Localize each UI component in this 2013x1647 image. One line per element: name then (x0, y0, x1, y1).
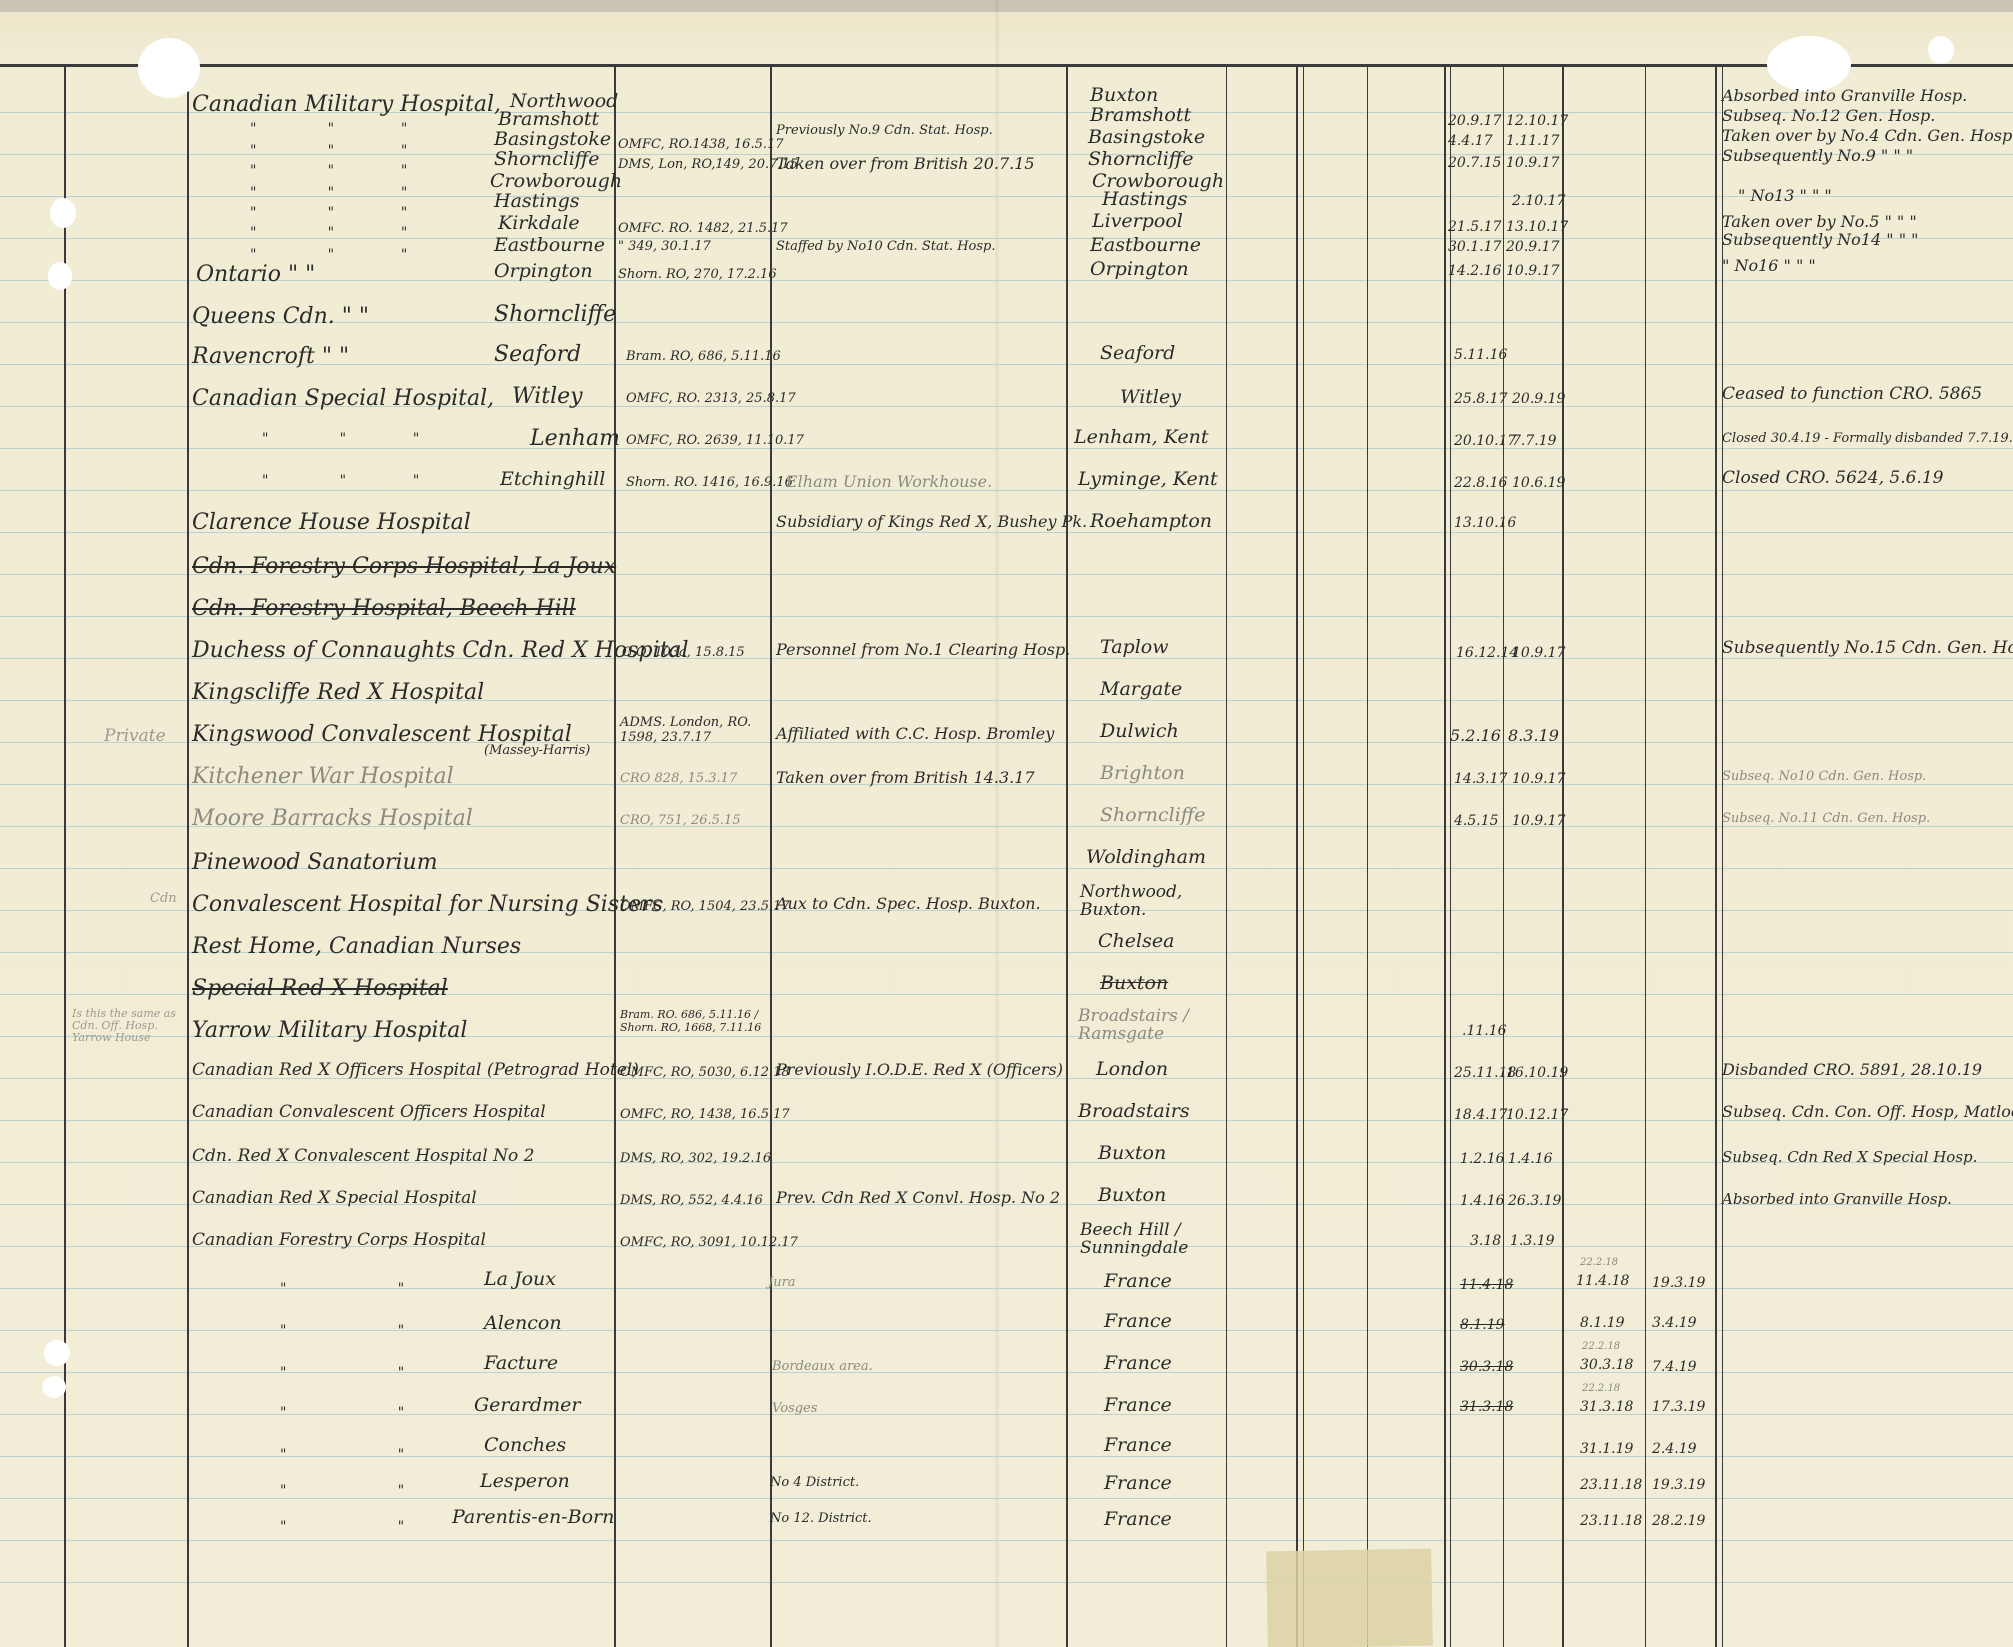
hospital-place: Bramshott (498, 110, 599, 129)
location: Broadstairs (1078, 1102, 1190, 1121)
location: France (1104, 1272, 1172, 1291)
opened-date: 20.7.15 (1448, 156, 1501, 170)
hospital-name: Queens Cdn. " " (192, 306, 369, 328)
ditto-marks: " " " (250, 206, 407, 220)
hospital-place: Etchinghill (500, 470, 605, 489)
column-rule (1444, 66, 1446, 1647)
hospital-place: Witley (512, 386, 583, 408)
header-rule (0, 64, 2013, 67)
authority: OMFC, RO, 1504, 23.5.17 (620, 900, 790, 913)
hospital-place: Crowborough (490, 172, 622, 191)
location: Liverpool (1092, 212, 1183, 231)
authority: Shorn. RO. 1416, 16.9.16 (626, 476, 793, 489)
location: Lenham, Kent (1074, 428, 1209, 447)
hospital-place: Basingstoke (494, 130, 611, 149)
column-rule (1722, 66, 1723, 1647)
date-annotation: 22.2.18 (1580, 1258, 1618, 1268)
margin-note: Cdn (150, 892, 177, 905)
notes: Subsequently No.15 Cdn. Gen. Hosp. (1722, 640, 2013, 657)
authority: CRO 828, 15.3.17 (620, 772, 737, 785)
hospital-place: Shorncliffe (494, 150, 600, 169)
opened-date: 14.3.17 (1454, 772, 1507, 786)
ruled-line (0, 1540, 2013, 1541)
hospital-name: Cdn. Red X Convalescent Hospital No 2 (192, 1148, 534, 1165)
location: Hastings (1102, 190, 1188, 209)
hospital-name: Canadian Special Hospital, (192, 388, 494, 410)
closed-date: 10.9.17 (1506, 264, 1559, 278)
notes: Subseq. Cdn. Con. Off. Hosp, Matlock (1722, 1104, 2013, 1120)
authority: Bram. RO. 686, 5.11.16 / Shorn. RO, 1668… (620, 1008, 770, 1034)
location: France (1104, 1510, 1172, 1529)
notes: Absorbed into Granville Hosp. (1722, 1192, 1952, 1207)
closed-date: 10.9.17 (1512, 646, 1565, 660)
location: Roehampton (1090, 512, 1212, 531)
notes: " No16 " " " (1722, 258, 1816, 274)
location: Margate (1100, 680, 1182, 699)
location-struck: Buxton (1100, 974, 1168, 993)
opened-date: 16.12.14 (1456, 646, 1518, 660)
opened-date: 4.5.15 (1454, 814, 1499, 828)
authority: Shorn. RO, 270, 17.2.16 (618, 268, 777, 281)
closed-date: 1.11.17 (1506, 134, 1559, 148)
closed-date: 16.10.19 (1506, 1066, 1568, 1080)
notes: Closed 30.4.19 - Formally disbanded 7.7.… (1722, 432, 2013, 445)
closed-date: 10.12.17 (1506, 1108, 1568, 1122)
notes: Subseq. No.11 Cdn. Gen. Hosp. (1722, 812, 1930, 825)
hospital-name-struck: Cdn. Forestry Corps Hospital, La Joux (192, 556, 616, 578)
date-annotation: 22.2.18 (1582, 1384, 1620, 1394)
closed-date-2: 19.3.19 (1652, 1276, 1705, 1290)
ditto-marks: " " (280, 1484, 404, 1498)
authority: DMS, RO, 302, 19.2.16 (620, 1152, 771, 1165)
opened-date-2: 23.11.18 (1580, 1478, 1642, 1492)
ditto-marks: " " " (262, 474, 419, 488)
closed-date: 10.9.17 (1512, 814, 1565, 828)
hospital-name-struck: Cdn. Forestry Hospital, Beech Hill (192, 598, 576, 620)
ditto-marks: " " (280, 1520, 404, 1534)
opened-date: 13.10.16 (1454, 516, 1516, 530)
notes: Closed CRO. 5624, 5.6.19 (1722, 470, 1943, 487)
location: France (1104, 1396, 1172, 1415)
remarks: Personnel from No.1 Clearing Hosp. (776, 642, 1070, 658)
location: London (1096, 1060, 1168, 1079)
location: France (1104, 1354, 1172, 1373)
closed-date: 10.6.19 (1512, 476, 1565, 490)
column-rule (1066, 66, 1068, 1647)
authority: OMFC, RO.1438, 16.5.17 (618, 138, 784, 151)
opened-date: 3.18 (1470, 1234, 1501, 1248)
location: Buxton (1090, 86, 1158, 105)
authority: G.O. 103a, 15.8.15 (622, 646, 745, 659)
ruled-line (0, 1582, 2013, 1583)
location: Eastbourne (1090, 236, 1201, 255)
opened-date-2: 31.1.19 (1580, 1442, 1633, 1456)
notes: Subseq. No.12 Gen. Hosp. (1722, 108, 1935, 124)
hospital-name: Kingscliffe Red X Hospital (192, 682, 484, 704)
notes: Absorbed into Granville Hosp. (1722, 88, 1967, 104)
opened-date: 18.4.17 (1454, 1108, 1507, 1122)
punch-hole (44, 1340, 70, 1366)
hospital-name: Pinewood Sanatorium (192, 852, 438, 874)
location: Orpington (1090, 260, 1189, 279)
opened-date: 4.4.17 (1448, 134, 1493, 148)
location: Dulwich (1100, 722, 1179, 741)
remarks: Previously I.O.D.E. Red X (Officers) (776, 1062, 1063, 1078)
remarks: Staffed by No10 Cdn. Stat. Hosp. (776, 240, 995, 253)
opened-date-2: 11.4.18 (1576, 1274, 1629, 1288)
opened-date-2: 23.11.18 (1580, 1514, 1642, 1528)
ditto-marks: " " (280, 1324, 404, 1338)
authority: OMFC, RO, 5030, 6.12.18 (620, 1066, 790, 1079)
remarks: Subsidiary of Kings Red X, Bushey Pk. (776, 514, 1087, 530)
ledger-page: Canadian Military Hospital, Northwood Bu… (0, 0, 2013, 1647)
remarks: Taken over from British 20.7.15 (776, 156, 1035, 172)
hospital-name: Convalescent Hospital for Nursing Sister… (192, 894, 663, 916)
hospital-name: Duchess of Connaughts Cdn. Red X Hospita… (192, 640, 689, 662)
opened-date: 5.11.16 (1454, 348, 1507, 362)
hospital-place: Shorncliffe (494, 304, 616, 326)
closed-date-2: 19.3.19 (1652, 1478, 1705, 1492)
hospital-name: Canadian Military Hospital, (192, 94, 501, 116)
hospital-name: Canadian Convalescent Officers Hospital (192, 1104, 546, 1121)
location: Broadstairs / Ramsgate (1078, 1008, 1228, 1044)
notes: Subseq. Cdn Red X Special Hosp. (1722, 1150, 1977, 1165)
punch-hole (50, 198, 76, 228)
column-rule (1226, 66, 1227, 1647)
closed-date: 8.3.19 (1508, 728, 1559, 744)
closed-date: 20.9.19 (1512, 392, 1565, 406)
closed-date: 26.3.19 (1508, 1194, 1561, 1208)
column-rule (187, 66, 189, 1647)
notes: Disbanded CRO. 5891, 28.10.19 (1722, 1062, 1982, 1078)
column-rule (1645, 66, 1646, 1647)
ditto-marks: " " " (250, 226, 407, 240)
closed-date-2: 17.3.19 (1652, 1400, 1705, 1414)
ditto-marks: " " " (250, 248, 407, 262)
opened-date: 25.8.17 (1454, 392, 1507, 406)
closed-date-2: 2.4.19 (1652, 1442, 1697, 1456)
hospital-place: Alencon (484, 1314, 562, 1333)
location: Shorncliffe (1100, 806, 1206, 825)
hospital-name: Clarence House Hospital (192, 512, 471, 534)
location: Shorncliffe (1088, 150, 1194, 169)
hospital-place: Parentis-en-Born (452, 1508, 614, 1527)
scan-top-edge (0, 0, 2013, 12)
opened-date: 22.8.16 (1454, 476, 1507, 490)
opened-date: 20.10.17 (1454, 434, 1516, 448)
notes: " No13 " " " (1738, 188, 1832, 204)
punch-hole (1767, 36, 1851, 92)
authority: Bram. RO, 686, 5.11.16 (626, 350, 781, 363)
hospital-name: Moore Barracks Hospital (192, 808, 473, 830)
notes: Subseq. No10 Cdn. Gen. Hosp. (1722, 770, 1926, 783)
ditto-marks: " " (280, 1406, 404, 1420)
hospital-place: Lesperon (480, 1472, 570, 1491)
remarks: No 12. District. (770, 1512, 872, 1525)
authority: DMS, RO, 552, 4.4.16 (620, 1194, 763, 1207)
opened-date: .11.16 (1462, 1024, 1507, 1038)
closed-date: 12.10.17 (1506, 114, 1568, 128)
location: Buxton (1098, 1186, 1166, 1205)
closed-date: 2.10.17 (1512, 194, 1565, 208)
column-rule (64, 66, 66, 1647)
authority: OMFC. RO. 1482, 21.5.17 (618, 222, 788, 235)
remarks: Bordeaux area. (772, 1360, 873, 1373)
authority: OMFC, RO. 2313, 25.8.17 (626, 392, 796, 405)
ditto-marks: " " (280, 1282, 404, 1296)
date-annotation: 22.2.18 (1582, 1342, 1620, 1352)
location: Brighton (1100, 764, 1185, 783)
opened-date-2: 30.3.18 (1580, 1358, 1633, 1372)
hospital-name-struck: Special Red X Hospital (192, 978, 448, 1000)
opened-date-2: 8.1.19 (1580, 1316, 1625, 1330)
location: France (1104, 1312, 1172, 1331)
location: Bramshott (1090, 106, 1191, 125)
hospital-name-note: (Massey-Harris) (484, 744, 590, 757)
ditto-marks: " " " (262, 432, 419, 446)
column-rule (1450, 66, 1451, 1647)
punch-hole (42, 1376, 66, 1398)
opened-date-struck: 30.3.18 (1460, 1360, 1513, 1374)
hospital-place: Hastings (494, 192, 580, 211)
opened-date: 1.4.16 (1460, 1194, 1505, 1208)
ditto-marks: " " " (250, 122, 407, 136)
location: France (1104, 1474, 1172, 1493)
hospital-place: Gerardmer (474, 1396, 580, 1415)
closed-date: 7.7.19 (1512, 434, 1557, 448)
authority: OMFC, RO, 1438, 16.5.17 (620, 1108, 790, 1121)
column-rule (1367, 66, 1368, 1647)
remarks: Taken over from British 14.3.17 (776, 770, 1035, 786)
margin-note: Private (104, 728, 166, 745)
remarks: Vosges (772, 1402, 817, 1415)
opened-date-struck: 8.1.19 (1460, 1318, 1505, 1332)
margin-note: Is this the same as Cdn. Off. Hosp. Yarr… (72, 1008, 184, 1044)
authority: ADMS. London, RO. 1598, 23.7.17 (620, 716, 760, 746)
opened-date: 20.9.17 (1448, 114, 1501, 128)
remarks: Affiliated with C.C. Hosp. Bromley (776, 726, 1054, 742)
notes: Ceased to function CRO. 5865 (1722, 386, 1982, 403)
location: Buxton (1098, 1144, 1166, 1163)
location: Lyminge, Kent (1078, 470, 1218, 489)
remarks: Aux to Cdn. Spec. Hosp. Buxton. (776, 896, 1041, 912)
authority: CRO, 751, 26.5.15 (620, 814, 741, 827)
notes: Taken over by No.5 " " " (1722, 214, 1917, 230)
hospital-name: Ravencroft " " (192, 346, 349, 368)
punch-hole (48, 262, 72, 290)
ruled-line (0, 448, 2013, 449)
authority: OMFC, RO. 2639, 11.10.17 (626, 434, 804, 447)
ditto-marks: " " (280, 1366, 404, 1380)
opened-date: 5.2.16 (1450, 728, 1501, 744)
hospital-name: Canadian Red X Officers Hospital (Petrog… (192, 1062, 639, 1079)
ditto-marks: " " (280, 1448, 404, 1462)
closed-date: 10.9.17 (1512, 772, 1565, 786)
opened-date: 1.2.16 (1460, 1152, 1505, 1166)
location: Taplow (1100, 638, 1168, 657)
remarks: Elham Union Workhouse. (786, 474, 992, 490)
opened-date-struck: 31.3.18 (1460, 1400, 1513, 1414)
hospital-place: La Joux (484, 1270, 556, 1289)
remarks: No 4 District. (770, 1476, 859, 1489)
location: France (1104, 1436, 1172, 1455)
hospital-name: Ontario " " (196, 264, 315, 286)
hospital-place: Facture (484, 1354, 558, 1373)
remarks: Previously No.9 Cdn. Stat. Hosp. (776, 124, 993, 137)
closed-date: 10.9.17 (1506, 156, 1559, 170)
hospital-place: Conches (484, 1436, 566, 1455)
closed-date-2: 28.2.19 (1652, 1514, 1705, 1528)
hospital-place: Seaford (494, 344, 581, 366)
remarks: Jura (768, 1276, 796, 1289)
opened-date-struck: 11.4.18 (1460, 1278, 1513, 1292)
hospital-place: Kirkdale (498, 214, 580, 233)
remarks: Prev. Cdn Red X Convl. Hosp. No 2 (776, 1190, 1060, 1206)
location: Beech Hill / Sunningdale (1080, 1222, 1230, 1258)
column-rule (1303, 66, 1304, 1647)
punch-hole (138, 38, 200, 98)
location: Woldingham (1086, 848, 1206, 867)
hospital-name: Kitchener War Hospital (192, 766, 454, 788)
authority: " 349, 30.1.17 (618, 240, 711, 253)
location: Witley (1120, 388, 1181, 407)
punch-hole (1928, 36, 1954, 64)
closed-date: 1.3.19 (1510, 1234, 1555, 1248)
location: Basingstoke (1088, 128, 1205, 147)
notes: Taken over by No.4 Cdn. Gen. Hosp. (1722, 128, 2013, 144)
column-rule (1715, 66, 1717, 1647)
column-rule (1562, 66, 1564, 1647)
location: Chelsea (1098, 932, 1174, 951)
opened-date: 21.5.17 (1448, 220, 1501, 234)
opened-date: 30.1.17 (1448, 240, 1501, 254)
ditto-marks: " " " (250, 164, 407, 178)
ruled-line (0, 490, 2013, 491)
hospital-place: Lenham (530, 428, 620, 450)
hospital-place: Eastbourne (494, 236, 605, 255)
authority: DMS, Lon, RO,149, 20.7.15 (618, 158, 798, 171)
closed-date: 13.10.17 (1506, 220, 1568, 234)
hospital-name: Canadian Red X Special Hospital (192, 1190, 477, 1207)
notes: Subsequently No14 " " " (1722, 232, 1919, 248)
ditto-marks: " " " (250, 186, 407, 200)
hospital-place: Orpington (494, 262, 593, 281)
hospital-name: Rest Home, Canadian Nurses (192, 936, 521, 958)
hospital-name: Canadian Forestry Corps Hospital (192, 1232, 486, 1249)
notes: Subsequently No.9 " " " (1722, 148, 1913, 164)
opened-date: 14.2.16 (1448, 264, 1501, 278)
closed-date: 20.9.17 (1506, 240, 1559, 254)
tape-patch (1266, 1549, 1433, 1647)
location: Seaford (1100, 344, 1175, 363)
closed-date-2: 3.4.19 (1652, 1316, 1697, 1330)
ditto-marks: " " " (250, 144, 407, 158)
page-fold (995, 0, 999, 1647)
hospital-name: Yarrow Military Hospital (192, 1020, 467, 1042)
authority: OMFC, RO, 3091, 10.12.17 (620, 1236, 798, 1249)
opened-date-2: 31.3.18 (1580, 1400, 1633, 1414)
closed-date-2: 7.4.19 (1652, 1360, 1697, 1374)
column-rule (1296, 66, 1298, 1647)
closed-date: 1.4.16 (1508, 1152, 1553, 1166)
location: Northwood, Buxton. (1080, 884, 1230, 920)
